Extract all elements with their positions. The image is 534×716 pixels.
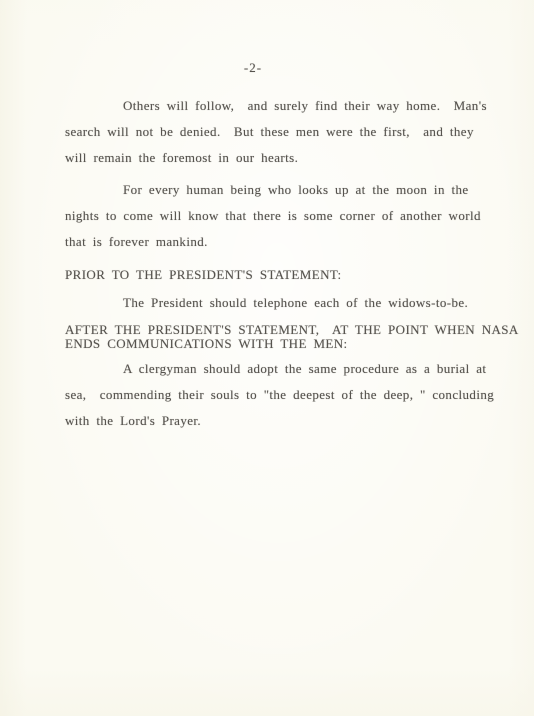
paragraph-clergyman-burial-at-sea: A clergyman should adopt the same proced… — [65, 356, 494, 434]
heading-after-statement-nasa-ends-communications: AFTER THE PRESIDENT'S STATEMENT, AT THE … — [65, 323, 519, 351]
paragraph-president-telephone-widows: The President should telephone each of t… — [65, 290, 468, 316]
paragraph-others-will-follow: Others will follow, and surely find thei… — [65, 93, 487, 171]
memo-page: -2- Others will follow, and surely find … — [0, 0, 534, 716]
paragraph-for-every-human-being: For every human being who looks up at th… — [65, 177, 481, 255]
page-number: -2- — [0, 61, 506, 75]
heading-prior-to-statement: PRIOR TO THE PRESIDENT'S STATEMENT: — [65, 268, 342, 282]
